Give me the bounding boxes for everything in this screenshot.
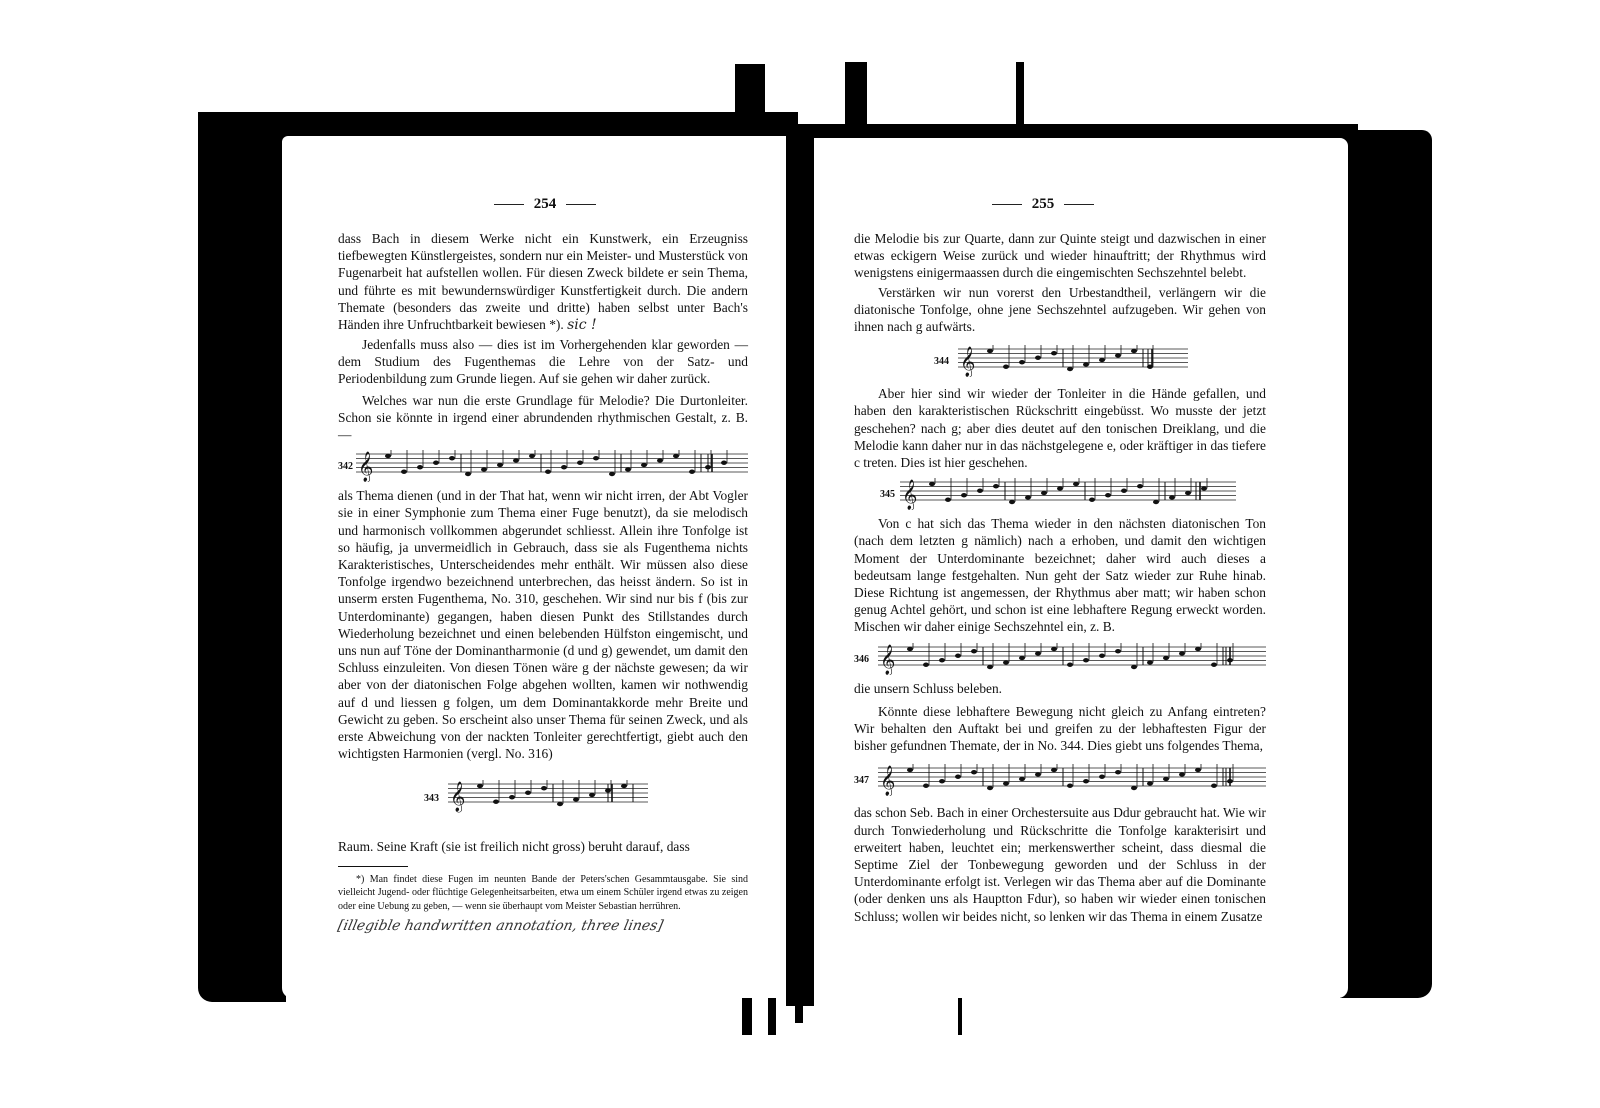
music-example-343: 343 𝄞	[338, 770, 748, 830]
svg-text:𝄞: 𝄞	[450, 781, 465, 813]
example-number: 342	[338, 458, 353, 475]
paragraph: die unsern Schluss beleben.	[854, 680, 1266, 697]
paragraph: als Thema dienen (und in der That hat, w…	[338, 487, 748, 762]
paragraph: die Melodie bis zur Quarte, dann zur Qui…	[854, 230, 1266, 282]
spine-tab-bottom-1	[742, 995, 752, 1035]
spine-tab-bottom-2	[768, 995, 776, 1035]
spine-tab-3	[1016, 62, 1024, 128]
music-staff-347: 𝄞	[878, 762, 1266, 796]
svg-text:𝄞: 𝄞	[902, 479, 917, 510]
spine-tab-1	[735, 64, 765, 124]
paragraph: Welches war nun die erste Grundlage für …	[338, 392, 748, 444]
music-example-347: 347 𝄞	[854, 762, 1266, 796]
paragraph: Könnte diese lebhaftere Bewegung nicht g…	[854, 703, 1266, 755]
spine-gutter	[786, 136, 814, 1006]
paragraph-text: dass Bach in diesem Werke nicht ein Kuns…	[338, 231, 748, 332]
left-page-body: dass Bach in diesem Werke nicht ein Kuns…	[338, 230, 748, 935]
handwritten-annotation: sic !	[567, 317, 597, 333]
example-number: 346	[854, 651, 869, 668]
svg-text:𝄞: 𝄞	[960, 346, 975, 377]
spine-tab-2	[845, 62, 867, 128]
example-number: 345	[880, 486, 895, 503]
right-page-number: 255	[958, 196, 1128, 213]
paragraph: Verstärken wir nun vorerst den Urbestand…	[854, 284, 1266, 336]
example-number: 347	[854, 772, 869, 789]
page-number-text: 254	[534, 196, 557, 212]
music-example-344: 344 𝄞	[854, 343, 1266, 377]
music-staff-344: 𝄞	[958, 343, 1188, 377]
paragraph: Von c hat sich das Thema wieder in den n…	[854, 515, 1266, 635]
footnote-divider	[338, 866, 408, 867]
music-staff-345: 𝄞	[900, 476, 1236, 510]
music-staff-342: 𝄞	[356, 448, 748, 482]
right-page-body: die Melodie bis zur Quarte, dann zur Qui…	[854, 230, 1266, 925]
spine-tab-bottom-4	[958, 995, 962, 1035]
book-cover-left-edge	[198, 112, 286, 1002]
page-number-text: 255	[1032, 196, 1055, 212]
paragraph: Aber hier sind wir wieder der Tonleiter …	[854, 385, 1266, 471]
handwritten-note: [illegible handwritten annotation, three…	[336, 917, 750, 935]
svg-text:𝄞: 𝄞	[358, 451, 373, 482]
book-cover-right-edge	[1340, 130, 1432, 998]
music-example-346: 346 𝄞	[854, 641, 1266, 675]
example-number: 344	[934, 353, 949, 370]
paragraph: dass Bach in diesem Werke nicht ein Kuns…	[338, 230, 748, 334]
svg-text:𝄞: 𝄞	[880, 765, 895, 796]
music-staff-346: 𝄞	[878, 641, 1266, 675]
spine-tab-bottom-3	[795, 995, 803, 1023]
svg-text:𝄞: 𝄞	[880, 644, 895, 675]
music-staff-343: 𝄞	[448, 770, 648, 830]
paragraph: Raum. Seine Kraft (sie ist freilich nich…	[338, 838, 748, 855]
left-page-number: 254	[460, 196, 630, 213]
example-number: 343	[424, 790, 439, 807]
footnote: *) Man findet diese Fugen im neunten Ban…	[338, 873, 748, 914]
music-example-345: 345 𝄞	[854, 476, 1266, 510]
paragraph: das schon Seb. Bach in einer Orchestersu…	[854, 804, 1266, 924]
paragraph: Jedenfalls muss also — dies ist im Vorhe…	[338, 336, 748, 388]
music-example-342: 342 𝄞	[338, 448, 748, 482]
